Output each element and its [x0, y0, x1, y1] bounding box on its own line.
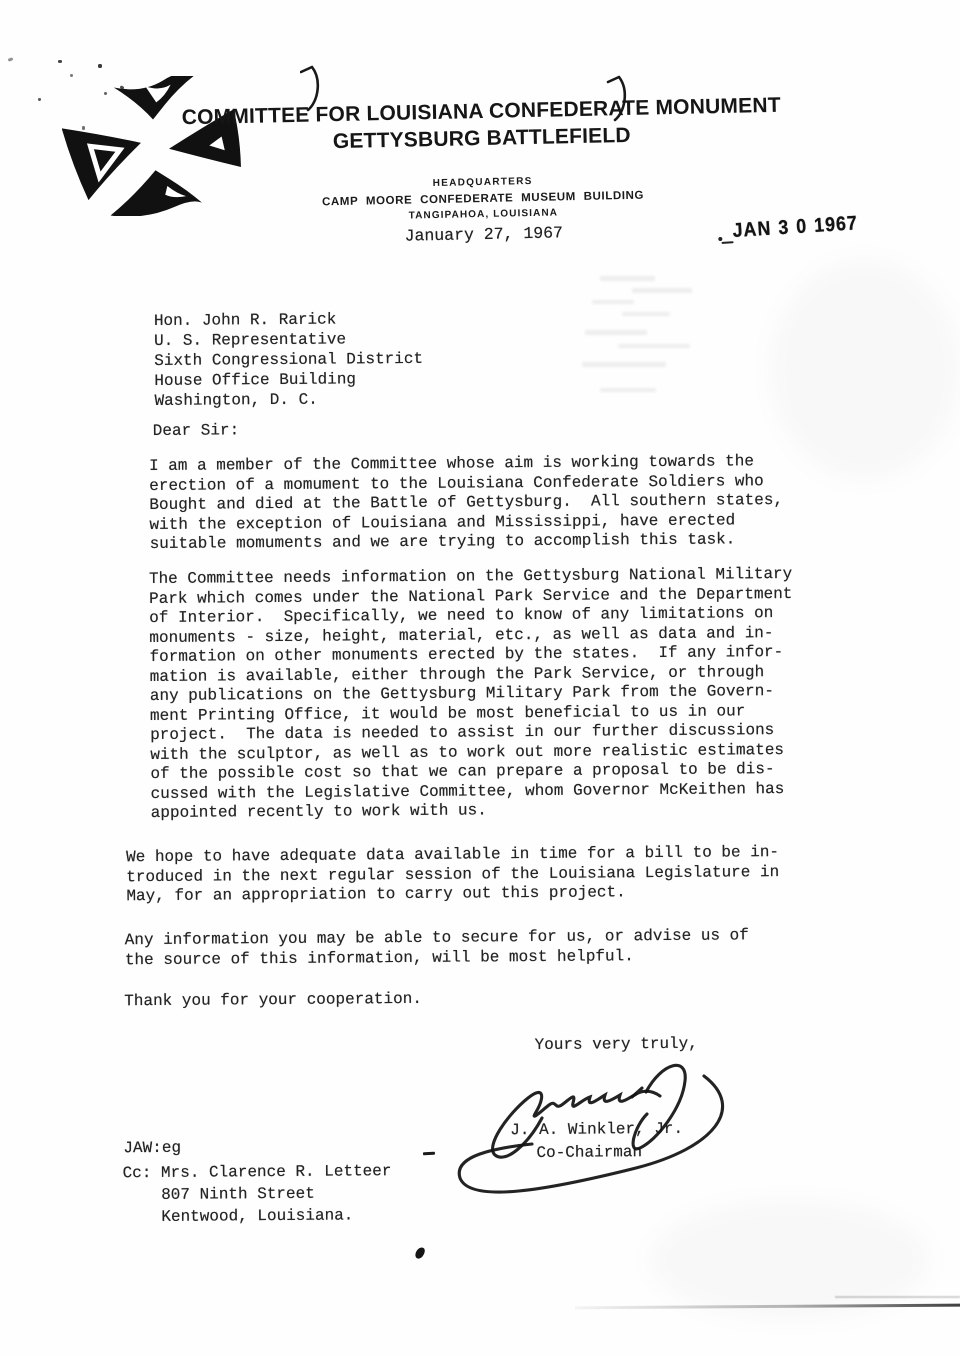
body-paragraph: Thank you for your cooperation. — [124, 990, 422, 1012]
pen-mark-dash — [423, 1152, 435, 1156]
letter-page: COMMITTEE FOR LOUISIANA CONFEDERATE MONU… — [0, 0, 960, 1358]
recipient-address: Hon. John R. Rarick U. S. Representative… — [154, 309, 424, 411]
typist-reference: JAW:eg — [123, 1139, 181, 1159]
body-paragraph: Any information you may be able to secur… — [125, 926, 749, 970]
body-paragraph: The Committee needs information on the G… — [149, 565, 794, 824]
body-paragraph: I am a member of the Committee whose aim… — [149, 452, 783, 554]
cc-block: Cc: Mrs. Clarence R. Letteer 807 Ninth S… — [123, 1160, 392, 1228]
salutation: Dear Sir: — [153, 421, 240, 441]
scan-streak — [835, 1296, 960, 1298]
body-paragraph: We hope to have adequate data available … — [126, 843, 779, 907]
handwritten-signature — [448, 1052, 778, 1210]
